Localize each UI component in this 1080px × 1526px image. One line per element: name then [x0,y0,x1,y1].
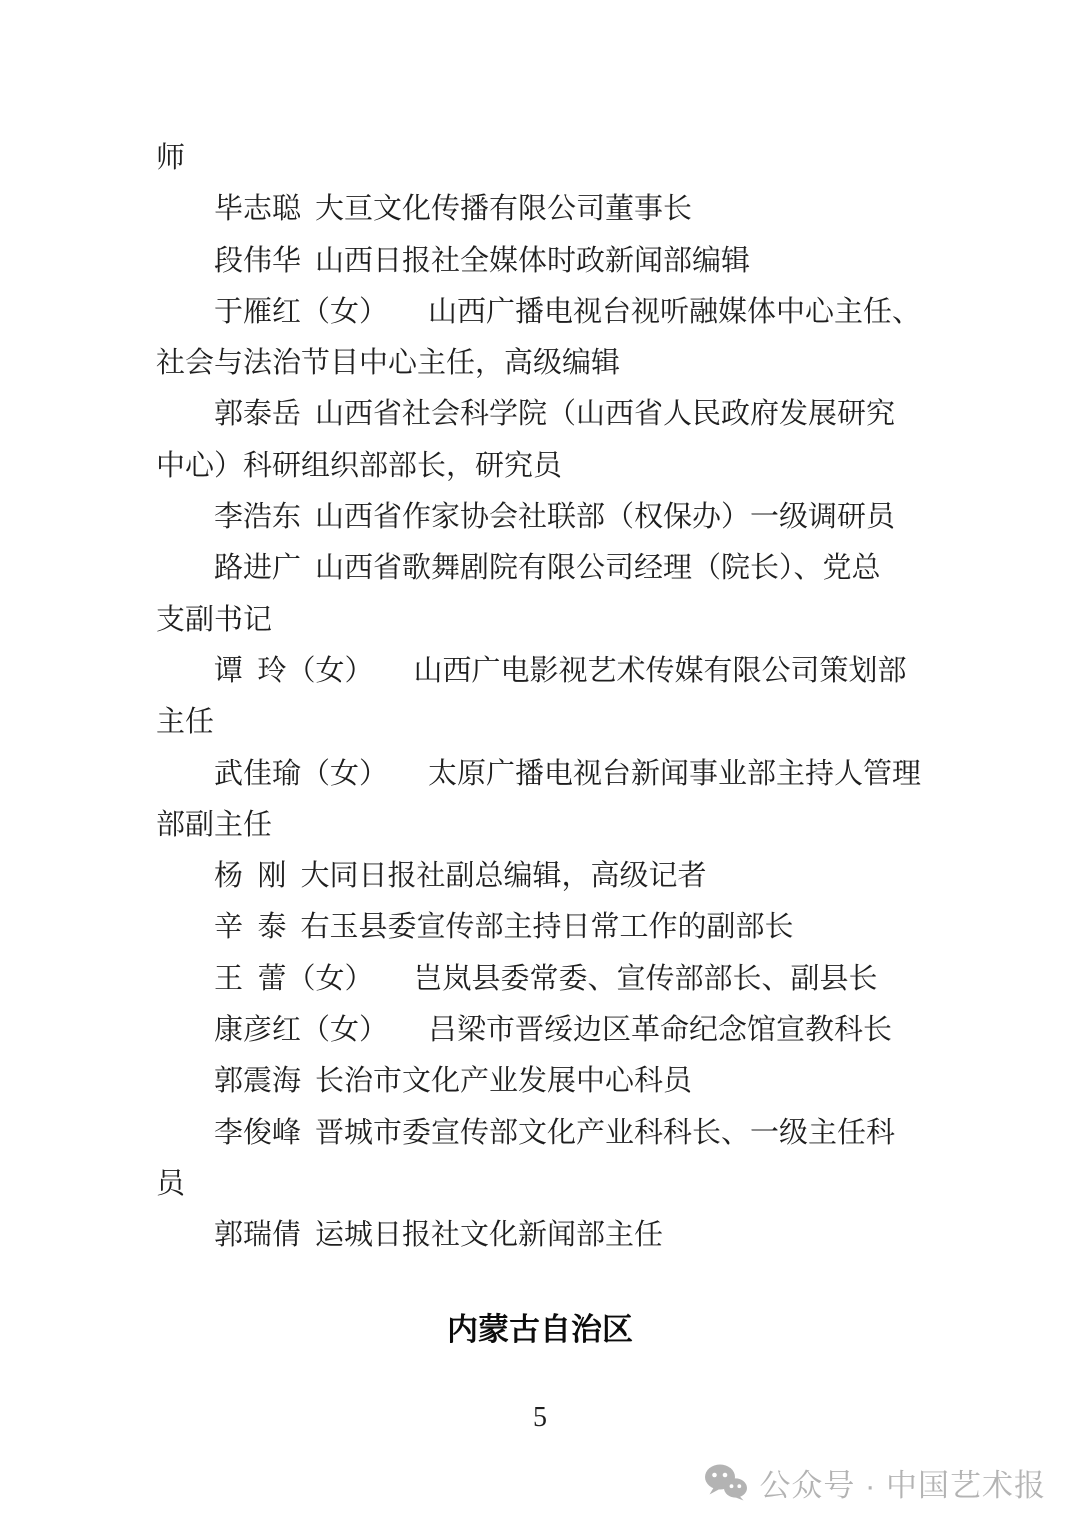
entry-name: 王 蕾 [214,963,287,995]
entry-name: 杨 刚 [214,860,287,892]
entry-gender-note: （女） [287,655,374,687]
entries-list: 毕志聪大亘文化传播有限公司董事长 段伟华山西日报社全媒体时政新闻部编辑 于雁红（… [156,184,950,1261]
entry-title: 右玉县委宣传部主持日常工作的副部长 [301,911,794,943]
entry-name: 毕志聪 [214,193,301,225]
entry-line: 辛 泰右玉县委宣传部主持日常工作的副部长 [156,902,950,953]
entry-line: 杨 刚大同日报社副总编辑，高级记者 [156,851,950,902]
entry-line: 郭瑞倩运城日报社文化新闻部主任 [156,1210,950,1261]
section-heading: 内蒙古自治区 [156,1304,924,1356]
entry-name: 李俊峰 [214,1117,301,1149]
entry-line: 郭震海长治市文化产业发展中心科员 [156,1056,950,1107]
entry-line: 郭泰岳山西省社会科学院（山西省人民政府发展研究中心）科研组织部部长，研究员 [156,389,950,492]
entry-gender-note: （女） [287,963,374,995]
entry-line: 康彦红（女）吕梁市晋绥边区革命纪念馆宣教科长 [156,1005,950,1056]
watermark: 公众号 · 中国艺术报 [703,1461,1046,1503]
entry-line: 武佳瑜（女）太原广播电视台新闻事业部主持人管理部副主任 [156,749,950,852]
entry-name: 郭泰岳 [214,398,301,430]
entry-name: 郭瑞倩 [214,1219,301,1251]
entry-line: 王 蕾（女）岂岚县委常委、宣传部部长、副县长 [156,954,950,1005]
document-page: 师 毕志聪大亘文化传播有限公司董事长 段伟华山西日报社全媒体时政新闻部编辑 于雁… [0,0,1080,1526]
entry-name: 康彦红 [214,1014,301,1046]
entry-line: 路进广山西省歌舞剧院有限公司经理（院长）、党总支副书记 [156,543,950,646]
entry-name: 于雁红 [214,296,301,328]
entry-line: 段伟华山西日报社全媒体时政新闻部编辑 [156,236,950,287]
wechat-icon [703,1463,749,1501]
entry-title: 大同日报社副总编辑，高级记者 [301,860,707,892]
entry-title: 山西省作家协会社联部（权保办）一级调研员 [315,501,895,533]
entry-gender-note: （女） [301,1014,388,1046]
entry-name: 谭 玲 [214,655,287,687]
entry-line: 李浩东山西省作家协会社联部（权保办）一级调研员 [156,492,950,543]
watermark-text: 公众号 · 中国艺术报 [759,1460,1046,1505]
entry-name: 段伟华 [214,245,301,277]
entry-name: 武佳瑜 [214,758,301,790]
entry-title: 山西日报社全媒体时政新闻部编辑 [315,245,750,277]
entry-title: 岂岚县委常委、宣传部部长、副县长 [414,963,878,995]
document-body: 师 毕志聪大亘文化传播有限公司董事长 段伟华山西日报社全媒体时政新闻部编辑 于雁… [156,133,950,1444]
entry-title: 运城日报社文化新闻部主任 [315,1219,663,1251]
entry-title: 吕梁市晋绥边区革命纪念馆宣教科长 [428,1014,892,1046]
entry-name: 郭震海 [214,1065,301,1097]
entry-line: 于雁红（女）山西广播电视台视听融媒体中心主任、社会与法治节目中心主任，高级编辑 [156,287,950,390]
entry-title: 大亘文化传播有限公司董事长 [315,193,692,225]
page-number: 5 [156,1392,924,1444]
entry-name: 李浩东 [214,501,301,533]
entry-gender-note: （女） [301,758,388,790]
entry-title: 长治市文化产业发展中心科员 [315,1065,692,1097]
continuation-line: 师 [156,133,950,184]
entry-gender-note: （女） [301,296,388,328]
entry-name: 辛 泰 [214,911,287,943]
entry-line: 谭 玲（女）山西广电影视艺术传媒有限公司策划部主任 [156,646,950,749]
entry-line: 李俊峰晋城市委宣传部文化产业科科长、一级主任科员 [156,1108,950,1211]
entry-name: 路进广 [214,552,301,584]
entry-line: 毕志聪大亘文化传播有限公司董事长 [156,184,950,235]
